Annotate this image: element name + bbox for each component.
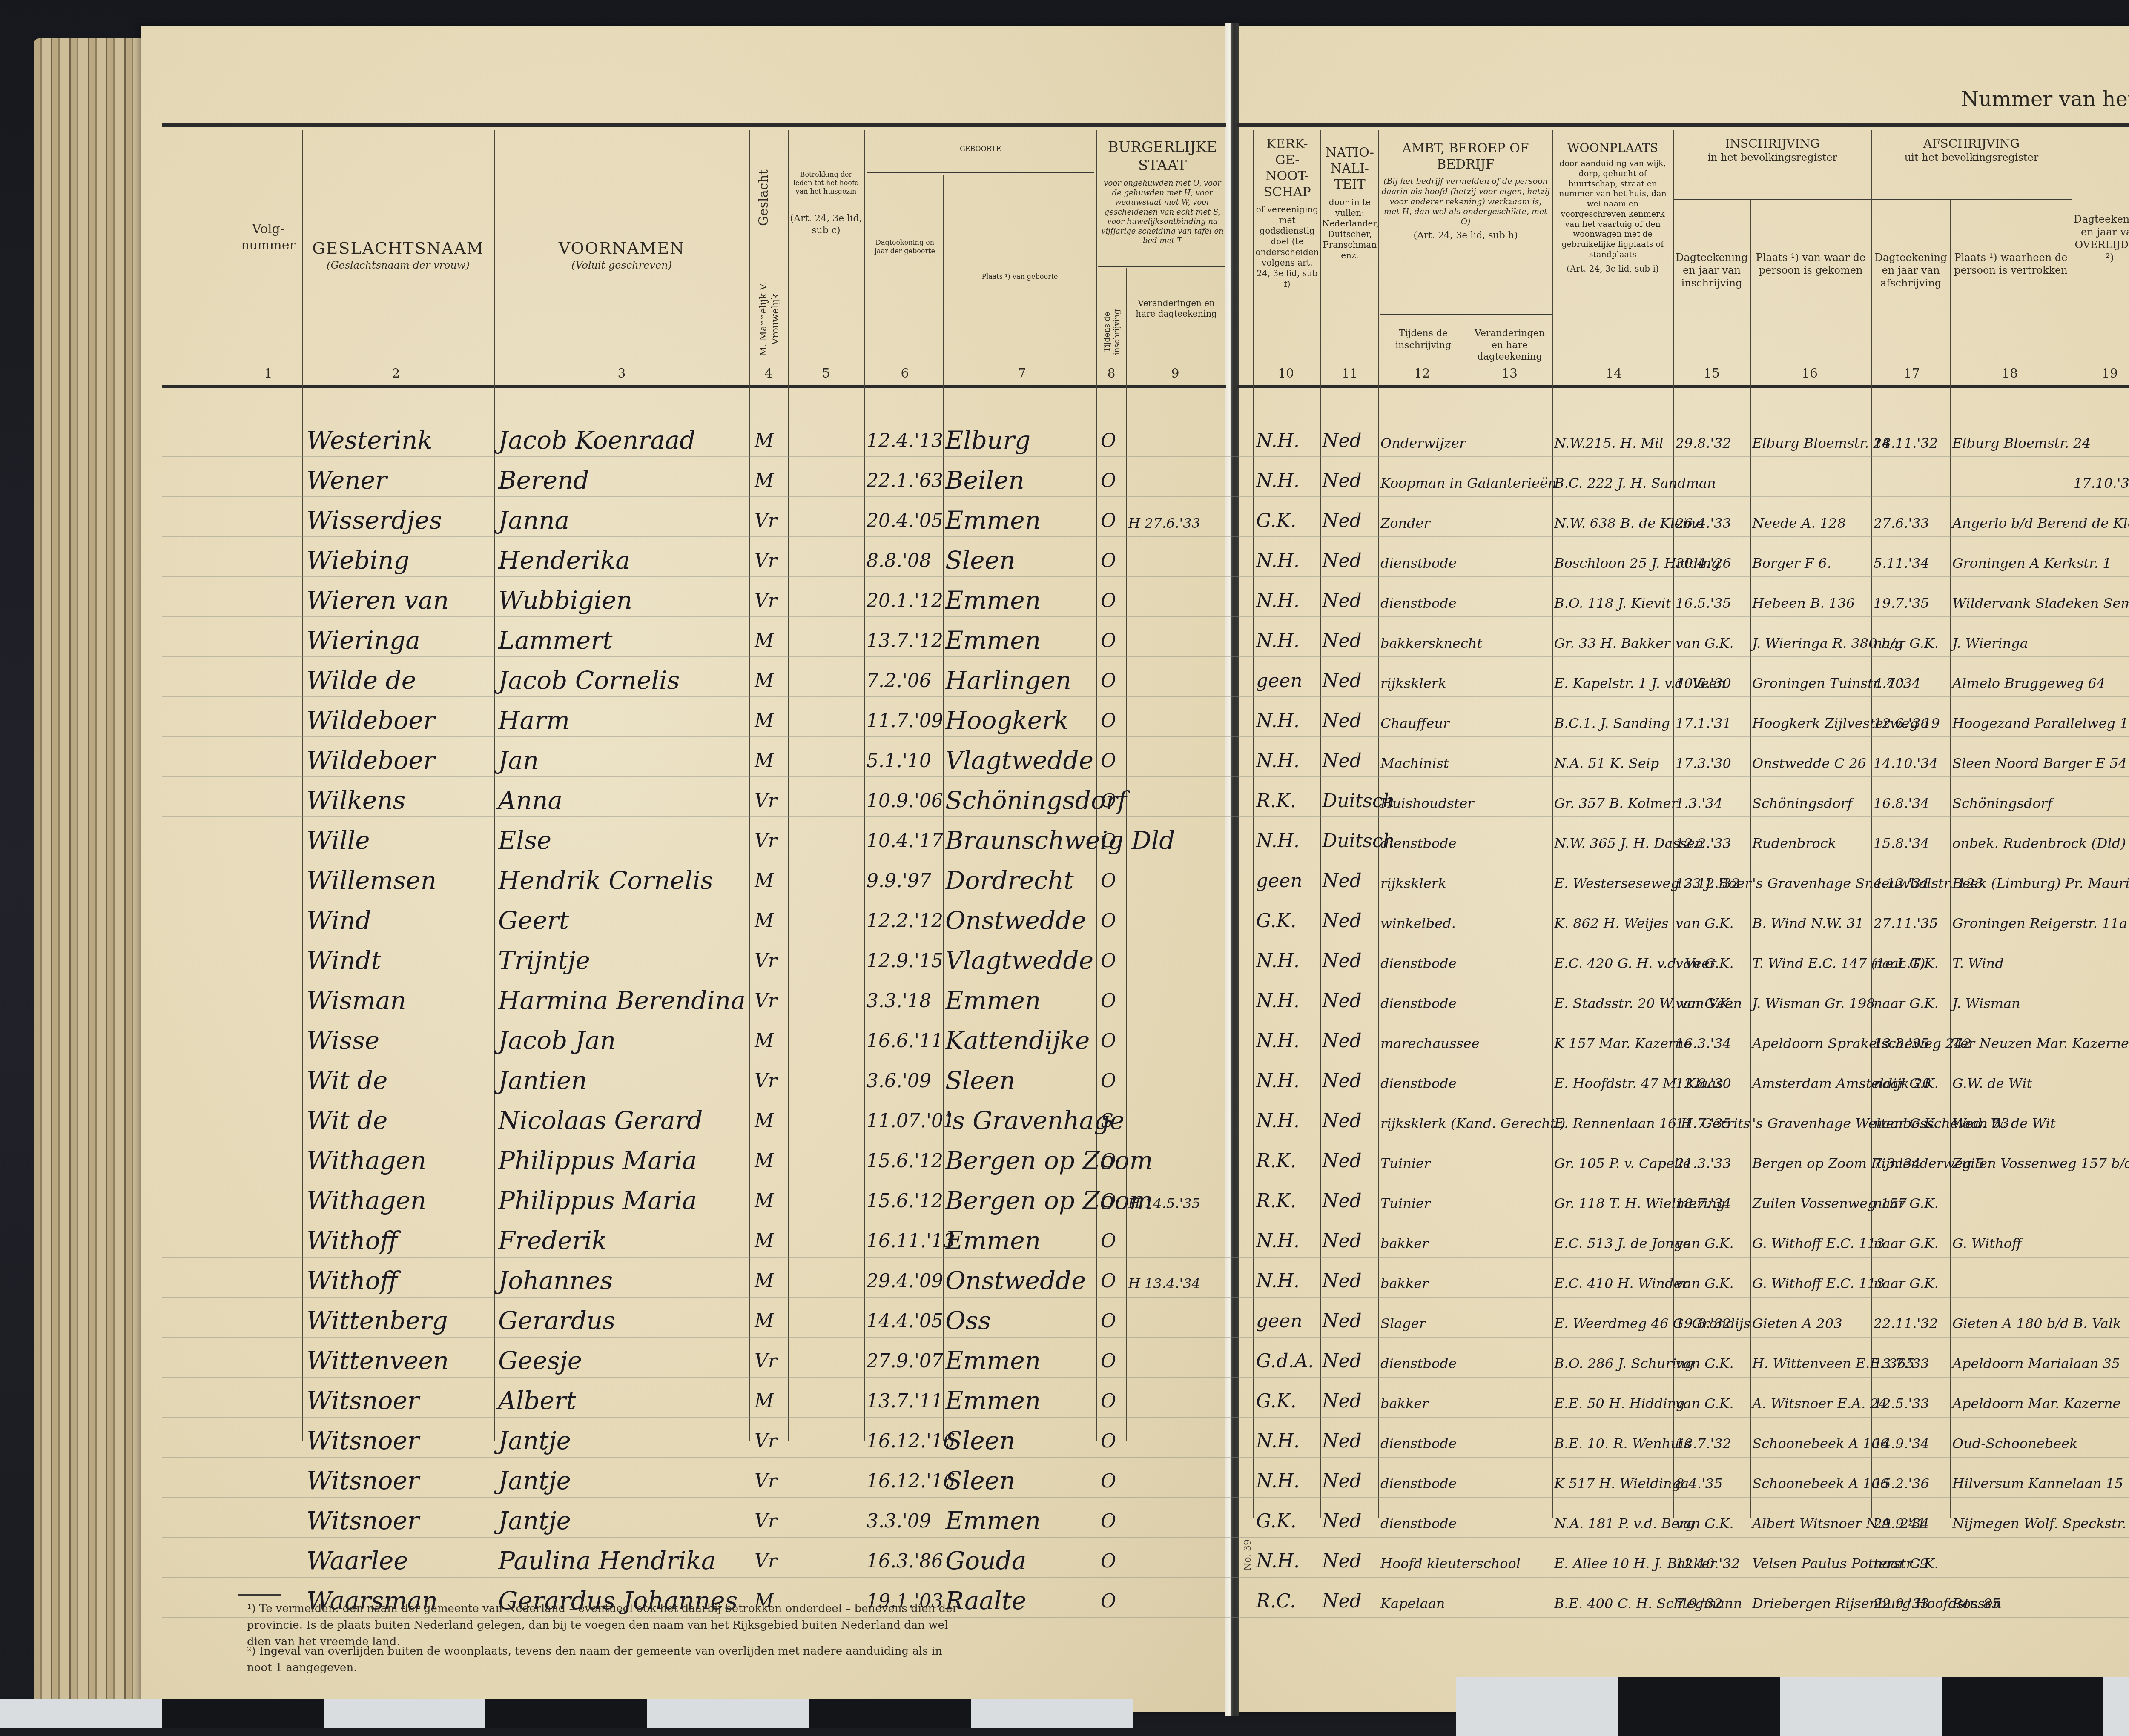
- row-10-c7: Schöningsdorf: [945, 786, 1127, 815]
- row-rule: [162, 1297, 2129, 1298]
- row-30-c17: 22.9.'33: [1874, 1596, 1929, 1612]
- header-veranderingen: Veranderingen en hare dagteekening: [1128, 298, 1224, 319]
- col-divider: [1950, 200, 1951, 1518]
- row-5-c6: 20.1.'12: [867, 590, 943, 612]
- header-burgerlijke-sub: voor ongehuwden met O, voor de gehuwden …: [1099, 179, 1226, 246]
- row-16-c10: N.H.: [1256, 1030, 1300, 1052]
- header-geslacht-sub: M. Mannelijk V. Vrouwelijk: [758, 264, 781, 375]
- row-27-c16: Schoonebeek A 106: [1752, 1475, 1889, 1492]
- row-15-c3: Harmina Berendina: [498, 986, 746, 1015]
- row-rule: [162, 1177, 2129, 1177]
- row-23-c7: Oss: [945, 1306, 991, 1335]
- header-kerk-title: KERK-GE-NOOT-SCHAP: [1255, 136, 1319, 200]
- row-22-c10: N.H.: [1256, 1270, 1300, 1292]
- row-15-c7: Emmen: [945, 986, 1041, 1015]
- row-17-c12: dienstbode: [1380, 1075, 1457, 1091]
- row-28-c2: Witsnoer: [307, 1506, 419, 1535]
- row-6-c7: Emmen: [945, 626, 1041, 655]
- row-28-c4: Vr: [755, 1510, 777, 1532]
- header-burgerlijke-staat: BURGERLIJKE STAAT voor ongehuwden met O,…: [1099, 138, 1226, 246]
- header-woonplaats-sub: door aanduiding van wijk, dorp, gehucht …: [1554, 159, 1671, 260]
- header-tijdens-inschrijving: Tijdens de inschrijving: [1103, 294, 1122, 370]
- row-9-c10: N.H.: [1256, 750, 1300, 772]
- col-number-10: 10: [1273, 366, 1299, 381]
- row-1-c12: Onderwijzer: [1380, 435, 1466, 451]
- row-5-c17: 19.7.'35: [1874, 595, 1929, 611]
- row-12-c4: M: [755, 870, 774, 892]
- row-5-c2: Wieren van: [307, 586, 449, 615]
- row-2-c7: Beilen: [945, 466, 1024, 495]
- col-divider: [302, 130, 303, 1441]
- row-19-c6: 15.6.'12: [867, 1150, 943, 1172]
- row-7-c11: Ned: [1322, 670, 1362, 692]
- header-voornamen-sub: (Voluit geschreven): [496, 259, 747, 272]
- row-13-c18: Groningen Reigerstr. 11a: [1952, 915, 2127, 931]
- row-10-c15: 1.3.'34: [1676, 795, 1723, 811]
- row-19-c15: 21.3.'33: [1676, 1155, 1731, 1172]
- row-5-c3: Wubbigien: [498, 586, 632, 615]
- header-ambt: AMBT, BEROEP OF BEDRIJF (Bij het bedrijf…: [1380, 140, 1551, 241]
- row-27-c8: O: [1101, 1470, 1116, 1492]
- row-7-c10: geen: [1256, 670, 1303, 692]
- row-4-c17: 5.11.'34: [1874, 555, 1929, 571]
- row-23-c2: Wittenberg: [307, 1306, 448, 1335]
- row-3-c18: Angerlo b/d Berend de Kleine: [1952, 515, 2129, 531]
- row-9-c4: M: [755, 750, 774, 772]
- row-22-c12: bakker: [1380, 1275, 1429, 1292]
- header-top-rule: [162, 123, 1226, 127]
- row-28-c7: Emmen: [945, 1506, 1041, 1535]
- row-5-c16: Hebeen B. 136: [1752, 595, 1855, 611]
- col-divider: [2072, 130, 2072, 1518]
- row-1-c2: Westerink: [307, 426, 432, 455]
- col-number-12: 12: [1409, 366, 1435, 381]
- row-10-c10: R.K.: [1256, 790, 1296, 812]
- row-18-c11: Ned: [1322, 1110, 1362, 1132]
- row-22-c15: van G.K.: [1676, 1275, 1734, 1292]
- row-16-c18: Ter Neuzen Mar. Kazerne: [1952, 1035, 2129, 1051]
- row-22-c17: naar G.K.: [1874, 1275, 1939, 1292]
- row-16-c3: Jacob Jan: [498, 1026, 616, 1055]
- row-20-c10: R.K.: [1256, 1190, 1296, 1212]
- col-divider: [788, 130, 789, 1441]
- row-10-c18: Schöningsdorf: [1952, 795, 2052, 811]
- row-20-c11: Ned: [1322, 1190, 1362, 1212]
- row-17-c11: Ned: [1322, 1070, 1362, 1092]
- row-10-c14: Gr. 357 B. Kolmer: [1554, 795, 1678, 811]
- row-25-c11: Ned: [1322, 1390, 1362, 1412]
- scale-bar-right: [1456, 1677, 2129, 1736]
- row-17-c18: G.W. de Wit: [1952, 1075, 2032, 1091]
- row-15-c6: 3.3.'18: [867, 990, 931, 1012]
- header-afschrijving: AFSCHRIJVING uit het bevolkingsregister: [1874, 136, 2069, 164]
- row-23-c8: O: [1101, 1310, 1116, 1332]
- row-9-c14: N.A. 51 K. Seip: [1554, 755, 1659, 771]
- row-rule: [162, 736, 2129, 737]
- row-rule: [162, 897, 2129, 897]
- row-rule: [162, 816, 2129, 817]
- row-8-c3: Harm: [498, 706, 570, 735]
- row-21-c3: Frederik: [498, 1226, 607, 1255]
- row-10-c4: Vr: [755, 790, 777, 812]
- row-28-c10: G.K.: [1256, 1510, 1296, 1532]
- header-inschrijving-plaats: Plaats ¹) van waar de persoon is gekomen: [1752, 251, 1869, 277]
- col-divider: [1253, 130, 1254, 1518]
- header-geslachtsnaam-title: GESLACHTSNAAM: [304, 238, 492, 259]
- row-2-c8: O: [1101, 470, 1116, 492]
- row-30-c18: Rossen: [1952, 1596, 2002, 1612]
- row-8-c8: O: [1101, 710, 1116, 732]
- header-voornamen: VOORNAMEN (Voluit geschreven): [496, 238, 747, 272]
- row-rule: [162, 496, 2129, 497]
- row-4-c11: Ned: [1322, 550, 1362, 572]
- row-28-c18: Nijmegen Wolf. Speckstr. 17: [1952, 1515, 2129, 1532]
- col-number-7: 7: [1009, 366, 1035, 381]
- row-21-c8: O: [1101, 1230, 1116, 1252]
- header-ambt-veranderingen: Veranderingen en hare dagteekening: [1468, 328, 1551, 363]
- row-7-c3: Jacob Cornelis: [498, 666, 680, 695]
- row-8-c7: Hoogkerk: [945, 706, 1069, 735]
- row-14-c12: dienstbode: [1380, 955, 1457, 971]
- row-4-c2: Wiebing: [307, 546, 410, 575]
- row-10-c16: Schöningsdorf: [1752, 795, 1852, 811]
- row-rule: [162, 1137, 2129, 1137]
- row-28-c12: dienstbode: [1380, 1515, 1457, 1532]
- row-10-c6: 10.9.'06: [867, 790, 943, 812]
- row-12-c8: O: [1101, 870, 1116, 892]
- row-27-c4: Vr: [755, 1470, 777, 1492]
- row-rule: [162, 857, 2129, 857]
- col-divider: [749, 130, 750, 1441]
- row-18-c15: 11.7.'35: [1676, 1115, 1731, 1132]
- row-7-c2: Wilde de: [307, 666, 416, 695]
- row-rule: [162, 1377, 2129, 1378]
- row-25-c3: Albert: [498, 1386, 576, 1415]
- row-27-c18: Hilversum Kannelaan 15: [1952, 1475, 2123, 1492]
- row-5-c4: Vr: [755, 590, 777, 612]
- row-8-c11: Ned: [1322, 710, 1362, 732]
- row-30-c10: R.C.: [1256, 1590, 1296, 1612]
- row-19-c7: Bergen op Zoom: [945, 1146, 1153, 1175]
- row-21-c4: M: [755, 1230, 774, 1252]
- row-23-c16: Gieten A 203: [1752, 1315, 1842, 1332]
- row-22-c14: E.C. 410 H. Winder: [1554, 1275, 1688, 1292]
- row-2-c10: N.H.: [1256, 470, 1300, 492]
- row-30-c12: Kapelaan: [1380, 1596, 1445, 1612]
- row-27-c15: 8.4.'35: [1676, 1475, 1723, 1492]
- row-24-c3: Geesje: [498, 1346, 582, 1375]
- row-18-c4: M: [755, 1110, 774, 1132]
- row-6-c18: J. Wieringa: [1952, 635, 2028, 651]
- row-27-c17: 15.2.'36: [1874, 1475, 1929, 1492]
- row-12-c10: geen: [1256, 870, 1303, 892]
- row-19-c2: Withagen: [307, 1146, 426, 1175]
- row-13-c10: G.K.: [1256, 910, 1296, 932]
- row-2-c3: Berend: [498, 466, 589, 495]
- row-3-c15: 26.4.'33: [1676, 515, 1731, 531]
- row-16-c16: Apeldoorn Sprakelscheweg 242: [1752, 1035, 1971, 1051]
- row-29-c6: 16.3.'86: [867, 1550, 943, 1572]
- burgerlijke-rule: [1098, 266, 1225, 267]
- row-9-c7: Vlagtwedde: [945, 746, 1093, 775]
- row-17-c10: N.H.: [1256, 1070, 1300, 1092]
- row-17-c2: Wit de: [307, 1066, 387, 1095]
- footnote-2: ²) Ingeval van overlijden buiten de woon…: [247, 1643, 962, 1676]
- row-23-c3: Gerardus: [498, 1306, 615, 1335]
- header-volgnummer: Volg-nummer: [238, 221, 298, 253]
- geboorte-rule: [867, 172, 1094, 173]
- row-3-c4: Vr: [755, 510, 777, 532]
- row-29-c15: 12.10.'32: [1676, 1556, 1740, 1572]
- row-18-c10: N.H.: [1256, 1110, 1300, 1132]
- row-9-c11: Ned: [1322, 750, 1362, 772]
- row-5-c8: O: [1101, 590, 1116, 612]
- header-nat-title: NATIO-NALI-TEIT: [1322, 145, 1377, 193]
- header-top-rule-thin-right: [1237, 129, 2129, 129]
- row-4-c18: Groningen A Kerkstr. 1: [1952, 555, 2112, 571]
- row-21-c15: van G.K.: [1676, 1235, 1734, 1252]
- row-21-c6: 16.11.'13: [867, 1230, 955, 1252]
- row-2-c6: 22.1.'63: [867, 470, 943, 492]
- col-divider: [1096, 130, 1097, 1441]
- row-25-c18: Apeldoorn Mar. Kazerne: [1952, 1395, 2120, 1412]
- header-bottom-rule-right: [1237, 385, 2129, 388]
- row-3-c3: Janna: [498, 506, 569, 535]
- row-14-c3: Trijntje: [498, 946, 590, 975]
- row-29-c10: N.H.: [1256, 1550, 1300, 1572]
- row-16-c17: 13.3.'35: [1874, 1035, 1929, 1051]
- row-24-c15: van G.K.: [1676, 1355, 1734, 1372]
- row-5-c12: dienstbode: [1380, 595, 1457, 611]
- row-rule: [162, 1097, 2129, 1097]
- row-17-c15: 12.8.'30: [1676, 1075, 1731, 1091]
- row-1-c4: M: [755, 430, 774, 452]
- row-20-c2: Withagen: [307, 1186, 426, 1215]
- row-12-c2: Willemsen: [307, 866, 436, 895]
- row-22-c11: Ned: [1322, 1270, 1362, 1292]
- afschrijving-rule: [1872, 199, 2072, 200]
- row-6-c14: Gr. 33 H. Bakker: [1554, 635, 1670, 651]
- row-19-c17: 7.3.'34: [1874, 1155, 1921, 1172]
- row-5-c15: 16.5.'35: [1676, 595, 1731, 611]
- row-29-c4: Vr: [755, 1550, 777, 1572]
- row-14-c18: T. Wind: [1952, 955, 2004, 971]
- header-geboorte: GEBOORTE: [867, 145, 1094, 153]
- col-number-2: 2: [383, 366, 409, 381]
- row-21-c17: naar G.K.: [1874, 1235, 1939, 1252]
- row-27-c14: K 517 H. Wieldinga: [1554, 1475, 1689, 1492]
- header-kerk-sub: of vereeniging met godsdienstig doel (te…: [1255, 204, 1319, 289]
- row-27-c11: Ned: [1322, 1470, 1362, 1492]
- row-1-c10: N.H.: [1256, 430, 1300, 452]
- row-17-c8: O: [1101, 1070, 1116, 1092]
- row-2-c14: B.C. 222 J. H. Sandman: [1554, 475, 1716, 491]
- row-27-c7: Sleen: [945, 1466, 1015, 1495]
- row-30-c8: O: [1101, 1590, 1116, 1612]
- row-26-c16: Schoonebeek A 106: [1752, 1435, 1889, 1452]
- row-8-c10: N.H.: [1256, 710, 1300, 732]
- row-rule: [162, 1257, 2129, 1258]
- row-rule: [162, 1537, 2129, 1538]
- row-12-c3: Hendrik Cornelis: [498, 866, 713, 895]
- row-9-c8: O: [1101, 750, 1116, 772]
- row-rule: [162, 1217, 2129, 1217]
- row-12-c12: rijksklerk: [1380, 875, 1446, 891]
- row-11-c12: dienstbode: [1380, 835, 1457, 851]
- row-1-c18: Elburg Bloemstr. 24: [1952, 435, 2091, 451]
- col-number-3: 3: [609, 366, 634, 381]
- row-15-c18: J. Wisman: [1952, 995, 2020, 1011]
- row-18-c2: Wit de: [307, 1106, 387, 1135]
- row-19-c16: Bergen op Zoom Rijmenderweg 5: [1752, 1155, 1984, 1172]
- row-15-c12: dienstbode: [1380, 995, 1457, 1011]
- row-26-c8: O: [1101, 1430, 1116, 1452]
- row-13-c12: winkelbed.: [1380, 915, 1456, 931]
- row-24-c10: G.d.A.: [1256, 1350, 1314, 1372]
- scale-bar-left: [0, 1699, 1133, 1728]
- row-12-c16: 's Gravenhage Sneeuwbalstr. 123: [1752, 875, 1983, 891]
- row-9-c17: 14.10.'34: [1874, 755, 1938, 771]
- row-13-c17: 27.11.'35: [1874, 915, 1938, 931]
- col-number-16: 16: [1797, 366, 1822, 381]
- row-rule: [162, 696, 2129, 697]
- row-9-c6: 5.1.'10: [867, 750, 931, 772]
- header-burgerlijke-title: BURGERLIJKE STAAT: [1099, 138, 1226, 175]
- row-24-c8: O: [1101, 1350, 1116, 1372]
- row-30-c15: 7.9.'32: [1676, 1596, 1723, 1612]
- row-11-c15: 12.2.'33: [1676, 835, 1731, 851]
- row-20-c15: 18.7.'34: [1676, 1195, 1731, 1212]
- row-6-c4: M: [755, 630, 774, 652]
- col-divider: [864, 130, 865, 1441]
- row-29-c12: Hoofd kleuterschool: [1380, 1556, 1521, 1572]
- row-26-c17: 14.9.'34: [1874, 1435, 1929, 1452]
- row-11-c18: onbek. Rudenbrock (Dld): [1952, 835, 2126, 851]
- row-19-c4: M: [755, 1150, 774, 1172]
- col-number-17: 17: [1899, 366, 1925, 381]
- header-betrekking-sub: (Art. 24, 3e lid, sub c): [790, 213, 862, 236]
- row-10-c2: Wilkens: [307, 786, 405, 815]
- row-6-c17: naar G.K.: [1874, 635, 1939, 651]
- row-14-c15: van G.K.: [1676, 955, 1734, 971]
- row-9-c15: 17.3.'30: [1676, 755, 1731, 771]
- header-top-rule-right: [1237, 123, 2129, 127]
- row-rule: [162, 656, 2129, 657]
- row-7-c18: Almelo Bruggeweg 64: [1952, 675, 2105, 691]
- row-15-c10: N.H.: [1256, 990, 1300, 1012]
- header-bottom-rule: [162, 385, 1226, 388]
- row-21-c16: G. Withoff E.C. 113: [1752, 1235, 1885, 1252]
- row-rule: [162, 1457, 2129, 1458]
- row-3-c11: Ned: [1322, 510, 1362, 532]
- header-woonplaats-title: WOONPLAATS: [1554, 140, 1671, 155]
- row-28-c6: 3.3.'09: [867, 1510, 931, 1532]
- row-20-c12: Tuinier: [1380, 1195, 1430, 1212]
- header-ambt-art: (Art. 24, 3e lid, sub h): [1380, 230, 1551, 242]
- header-woonplaats: WOONPLAATS door aanduiding van wijk, dor…: [1554, 140, 1671, 274]
- row-24-c2: Wittenveen: [307, 1346, 449, 1375]
- header-ambt-tijdens: Tijdens de inschrijving: [1382, 328, 1465, 351]
- row-16-c11: Ned: [1322, 1030, 1362, 1052]
- row-19-c18: Zuilen Vossenweg 157 b/d Th. Stalker: [1952, 1155, 2129, 1172]
- row-25-c10: G.K.: [1256, 1390, 1296, 1412]
- header-inschrijving-datum: Dagteekening en jaar van inschrijving: [1676, 251, 1748, 289]
- row-1-c8: O: [1101, 430, 1116, 452]
- row-rule: [162, 1577, 2129, 1578]
- row-11-c6: 10.4.'17: [867, 830, 943, 852]
- header-inschrijving-title: INSCHRIJVING: [1676, 136, 1869, 151]
- row-8-c14: B.C.1. J. Sanding: [1554, 715, 1670, 731]
- row-1-c15: 29.8.'32: [1676, 435, 1731, 451]
- row-13-c3: Geert: [498, 906, 569, 935]
- form-number: No. 39: [1242, 1520, 1253, 1571]
- row-10-c3: Anna: [498, 786, 562, 815]
- row-26-c3: Jantje: [498, 1426, 571, 1455]
- row-1-c3: Jacob Koenraad: [498, 426, 695, 455]
- header-inschrijving: INSCHRIJVING in het bevolkingsregister: [1676, 136, 1869, 164]
- row-14-c6: 12.9.'15: [867, 950, 943, 972]
- row-6-c10: N.H.: [1256, 630, 1300, 652]
- row-13-c11: Ned: [1322, 910, 1362, 932]
- row-6-c11: Ned: [1322, 630, 1362, 652]
- row-18-c17: naar G.K.: [1874, 1115, 1939, 1132]
- row-25-c4: M: [755, 1390, 774, 1412]
- row-14-c8: O: [1101, 950, 1116, 972]
- row-6-c8: O: [1101, 630, 1116, 652]
- row-22-c8: O: [1101, 1270, 1116, 1292]
- row-20-c8: O: [1101, 1190, 1116, 1212]
- row-14-c10: N.H.: [1256, 950, 1300, 972]
- row-17-c7: Sleen: [945, 1066, 1015, 1095]
- row-3-c2: Wisserdjes: [307, 506, 442, 535]
- row-8-c6: 11.7.'09: [867, 710, 943, 732]
- row-26-c11: Ned: [1322, 1430, 1362, 1452]
- row-7-c12: rijksklerk: [1380, 675, 1446, 691]
- row-25-c8: O: [1101, 1390, 1116, 1412]
- col-divider: [1378, 130, 1379, 1518]
- row-21-c2: Withoff: [307, 1226, 398, 1255]
- row-13-c15: van G.K.: [1676, 915, 1734, 931]
- row-12-c11: Ned: [1322, 870, 1362, 892]
- col-number-1: 1: [255, 366, 281, 381]
- row-27-c12: dienstbode: [1380, 1475, 1457, 1492]
- row-8-c12: Chauffeur: [1380, 715, 1449, 731]
- row-20-c3: Philippus Maria: [498, 1186, 697, 1215]
- row-3-c6: 20.4.'05: [867, 510, 943, 532]
- row-28-c17: 29.9.'34: [1874, 1515, 1929, 1532]
- footnote-rule: [238, 1594, 281, 1596]
- row-11-c2: Wille: [307, 826, 370, 855]
- row-9-c16: Onstwedde C 26: [1752, 755, 1866, 771]
- row-28-c14: N.A. 181 P. v.d. Berg: [1554, 1515, 1695, 1532]
- row-29-c8: O: [1101, 1550, 1116, 1572]
- header-top-rule-thin: [162, 129, 1226, 129]
- row-25-c12: bakker: [1380, 1395, 1429, 1412]
- row-20-c9: H 14.5.'35: [1128, 1195, 1200, 1212]
- row-24-c11: Ned: [1322, 1350, 1362, 1372]
- row-18-c8: S: [1101, 1110, 1113, 1132]
- row-29-c7: Gouda: [945, 1546, 1026, 1575]
- row-20-c6: 15.6.'12: [867, 1190, 943, 1212]
- header-betrekking: Betrekking der leden tot het hoofd van h…: [790, 170, 862, 236]
- row-21-c10: N.H.: [1256, 1230, 1300, 1252]
- row-6-c6: 13.7.'12: [867, 630, 943, 652]
- row-26-c15: 18.7.'32: [1676, 1435, 1731, 1452]
- row-4-c15: 30.4.'26: [1676, 555, 1731, 571]
- row-4-c4: Vr: [755, 550, 777, 572]
- row-3-c16: Neede A. 128: [1752, 515, 1846, 531]
- row-5-c18: Wildervank Sladeken Semslaede 134: [1952, 595, 2129, 611]
